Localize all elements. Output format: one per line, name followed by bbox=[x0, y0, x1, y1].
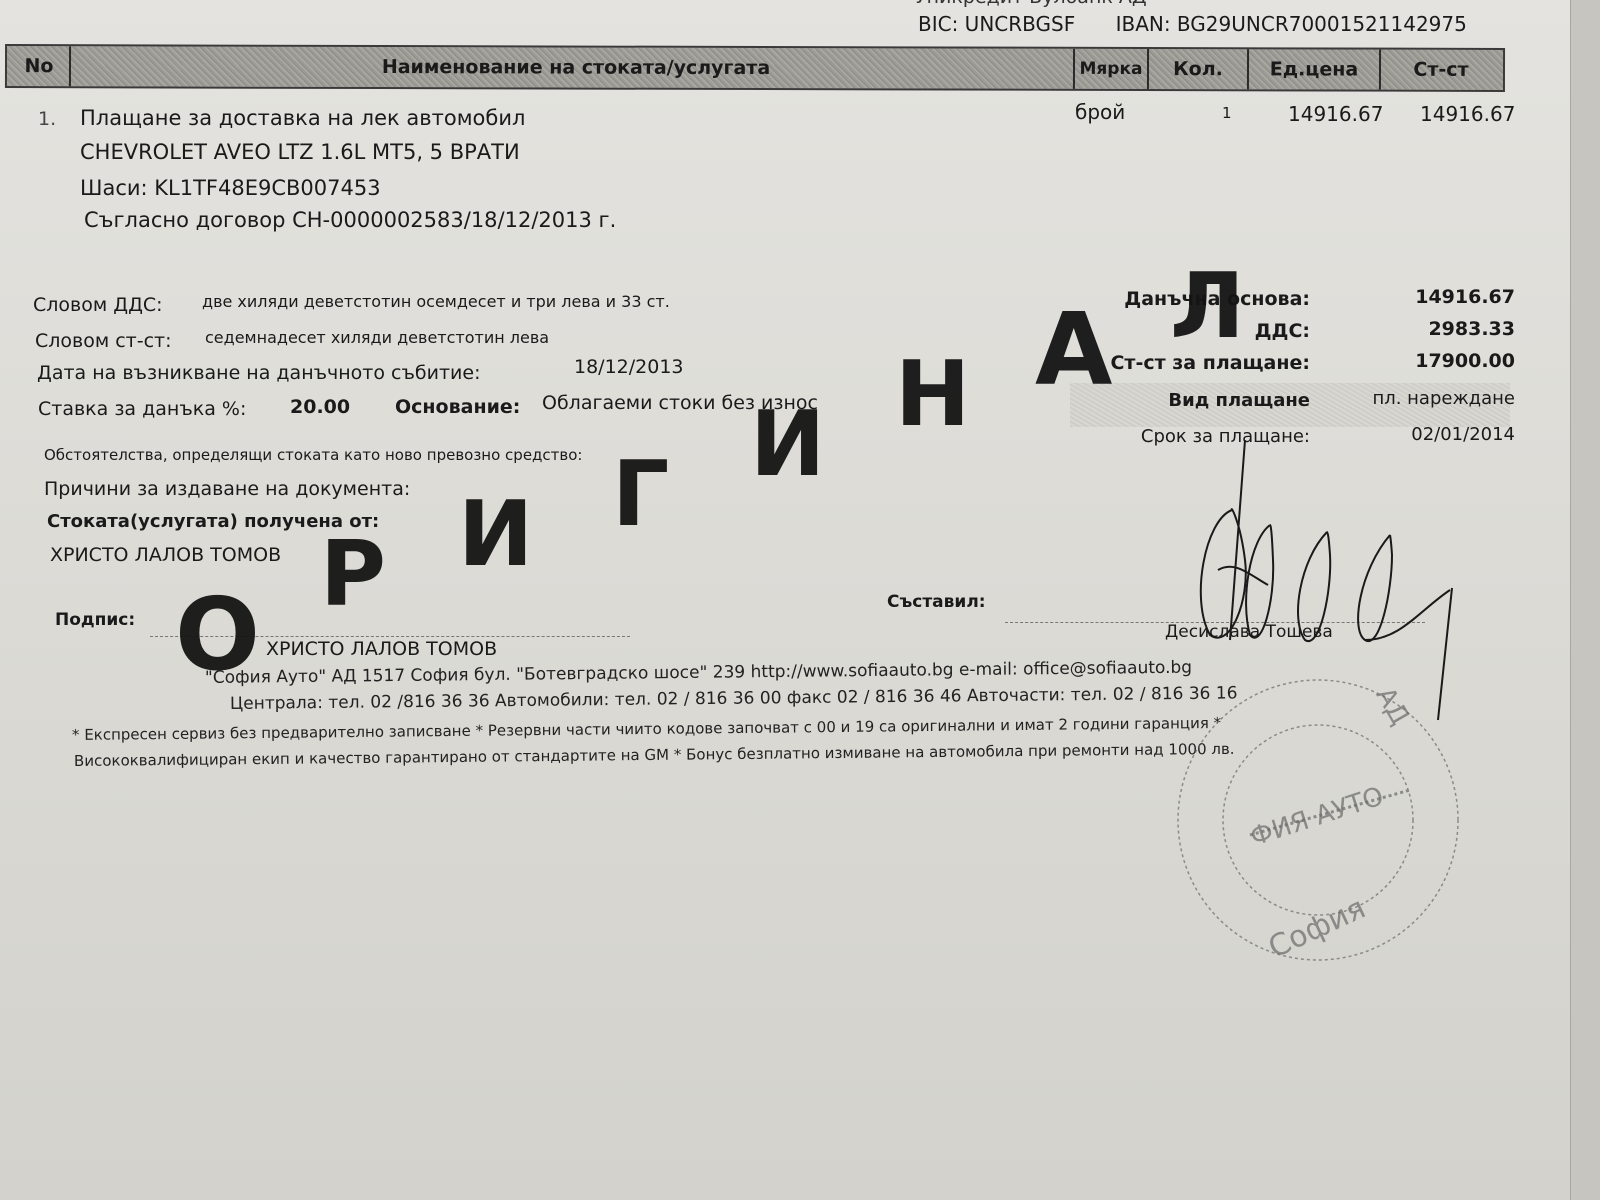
signature-and-seal: ФИЯ АУТО София АД bbox=[0, 0, 1600, 1200]
seal-text-side: АД bbox=[1370, 682, 1415, 730]
seal-text-top: ФИЯ АУТО bbox=[1247, 781, 1388, 852]
handwritten-signature-icon bbox=[1201, 440, 1452, 720]
